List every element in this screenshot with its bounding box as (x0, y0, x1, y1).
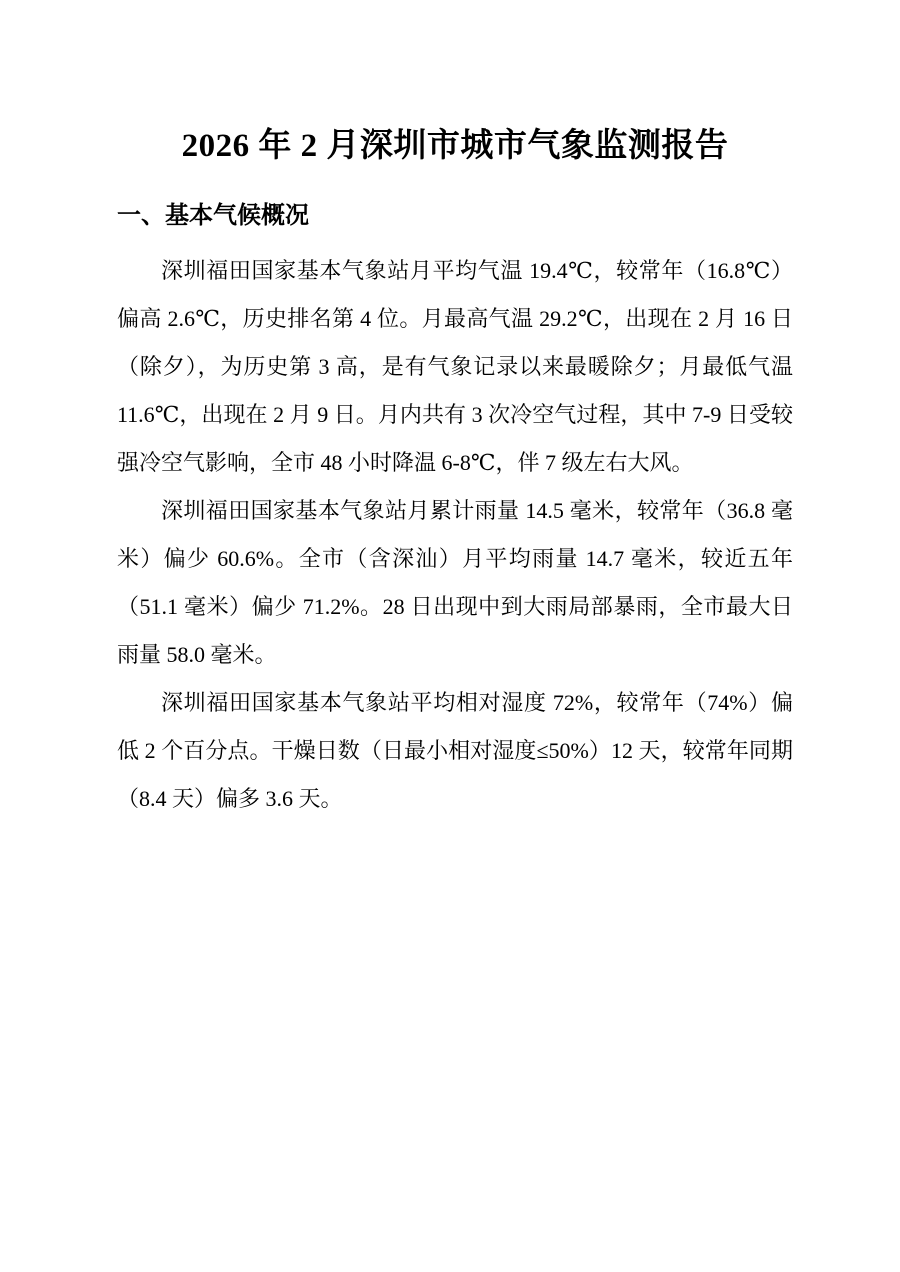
section-heading-basic-climate: 一、基本气候概况 (117, 201, 793, 231)
document-title: 2026 年 2 月深圳市城市气象监测报告 (117, 126, 793, 167)
document-page: 2026 年 2 月深圳市城市气象监测报告 一、基本气候概况 深圳福田国家基本气… (0, 0, 900, 1272)
paragraph-rainfall-overview: 深圳福田国家基本气象站月累计雨量 14.5 毫米，较常年（36.8 毫米）偏少 … (117, 487, 793, 679)
paragraph-temperature-overview: 深圳福田国家基本气象站月平均气温 19.4℃，较常年（16.8℃）偏高 2.6℃… (117, 247, 793, 487)
paragraph-humidity-overview: 深圳福田国家基本气象站平均相对湿度 72%，较常年（74%）偏低 2 个百分点。… (117, 679, 793, 823)
